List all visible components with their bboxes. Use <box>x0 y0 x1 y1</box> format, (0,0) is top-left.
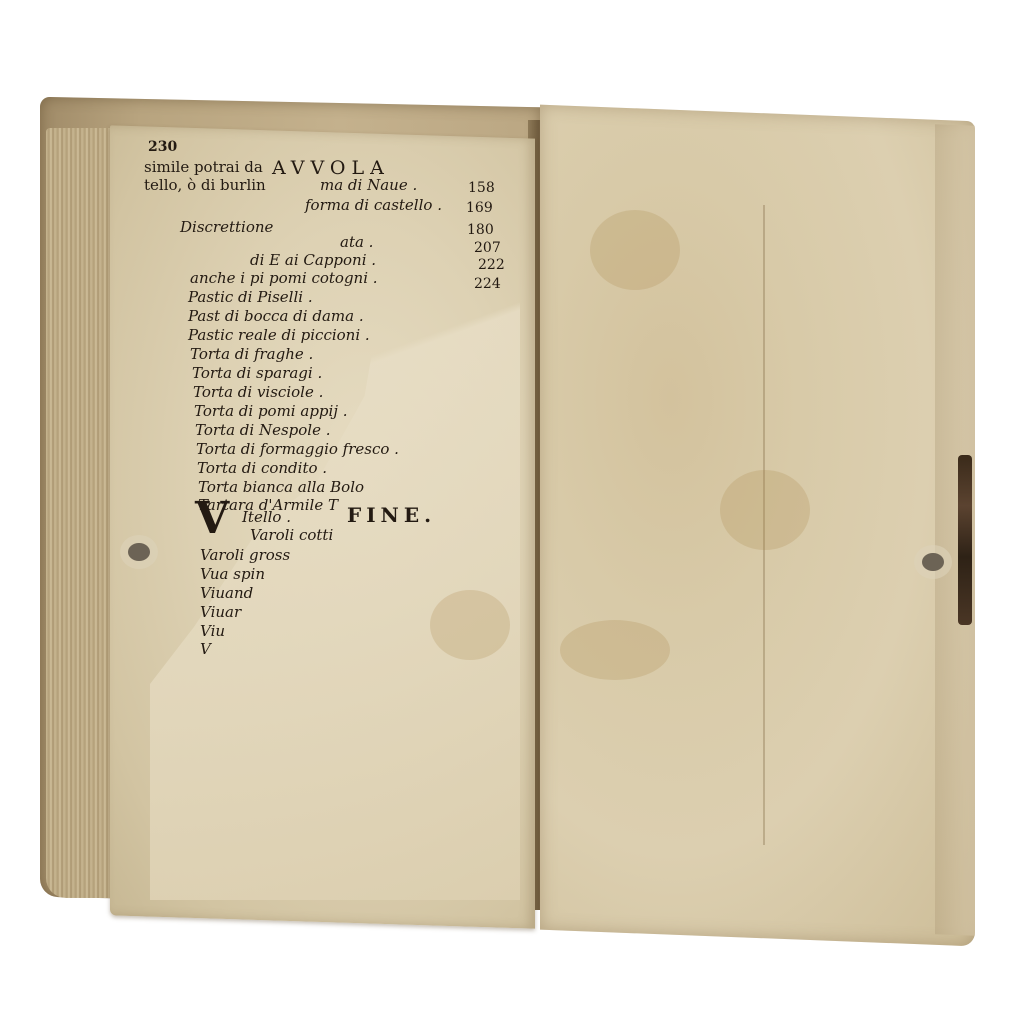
stain <box>590 210 680 290</box>
stain <box>430 590 510 660</box>
index-number: 169 <box>466 200 493 216</box>
v-entry: Viu <box>200 624 225 639</box>
v-entry: Vua spin <box>200 567 265 582</box>
v-entry: Varoli cotti <box>250 528 333 543</box>
v-entry: Viuand <box>200 586 253 601</box>
index-entry: Past di bocca di dama . <box>188 309 364 324</box>
stain <box>560 620 670 680</box>
tie-hole-left <box>128 543 150 561</box>
index-number: 222 <box>478 257 505 273</box>
index-entry: ma di Naue . <box>320 178 417 193</box>
fine-end-mark: FINE. <box>347 505 436 525</box>
index-entry: anche i pi pomi cotogni . <box>190 271 378 286</box>
stain <box>720 470 810 550</box>
section-letter-v: V <box>195 497 229 541</box>
index-entry: Pastic reale di piccioni . <box>188 328 370 343</box>
index-entry: ata . <box>340 235 373 250</box>
index-entry: Torta di visciole . <box>193 385 323 400</box>
index-entry: Torta di fraghe . <box>190 347 313 362</box>
intro-line: tello, ò di burlin <box>144 178 266 193</box>
index-entry: Torta di pomi appij . <box>194 404 348 419</box>
v-entry: Varoli gross <box>200 548 290 563</box>
v-entry: V <box>200 642 211 657</box>
index-number: 158 <box>468 180 495 196</box>
index-entry: Pastic di Piselli . <box>188 290 313 305</box>
index-entry: Torta di sparagi . <box>192 366 322 381</box>
worn-cover-edge <box>958 455 972 625</box>
index-entry: Torta di formaggio fresco . <box>196 442 399 457</box>
index-number: 224 <box>474 276 501 292</box>
index-entry: Torta di Nespole . <box>195 423 331 438</box>
page-number: 230 <box>148 140 177 154</box>
v-entry: Itello . <box>242 510 291 525</box>
v-entry: Viuar <box>200 605 241 620</box>
index-entry: di E ai Capponi . <box>250 253 376 268</box>
book-photo: 230 simile potrai da tello, ò di burlin … <box>0 0 1024 1024</box>
index-number: 207 <box>474 240 501 256</box>
index-entry: Torta di condito . <box>197 461 327 476</box>
index-entry: forma di castello . <box>305 198 442 213</box>
index-number: 180 <box>467 222 494 238</box>
tie-hole-right <box>922 553 944 571</box>
index-entry: Discrettione <box>180 220 273 235</box>
intro-line: simile potrai da <box>144 160 263 175</box>
